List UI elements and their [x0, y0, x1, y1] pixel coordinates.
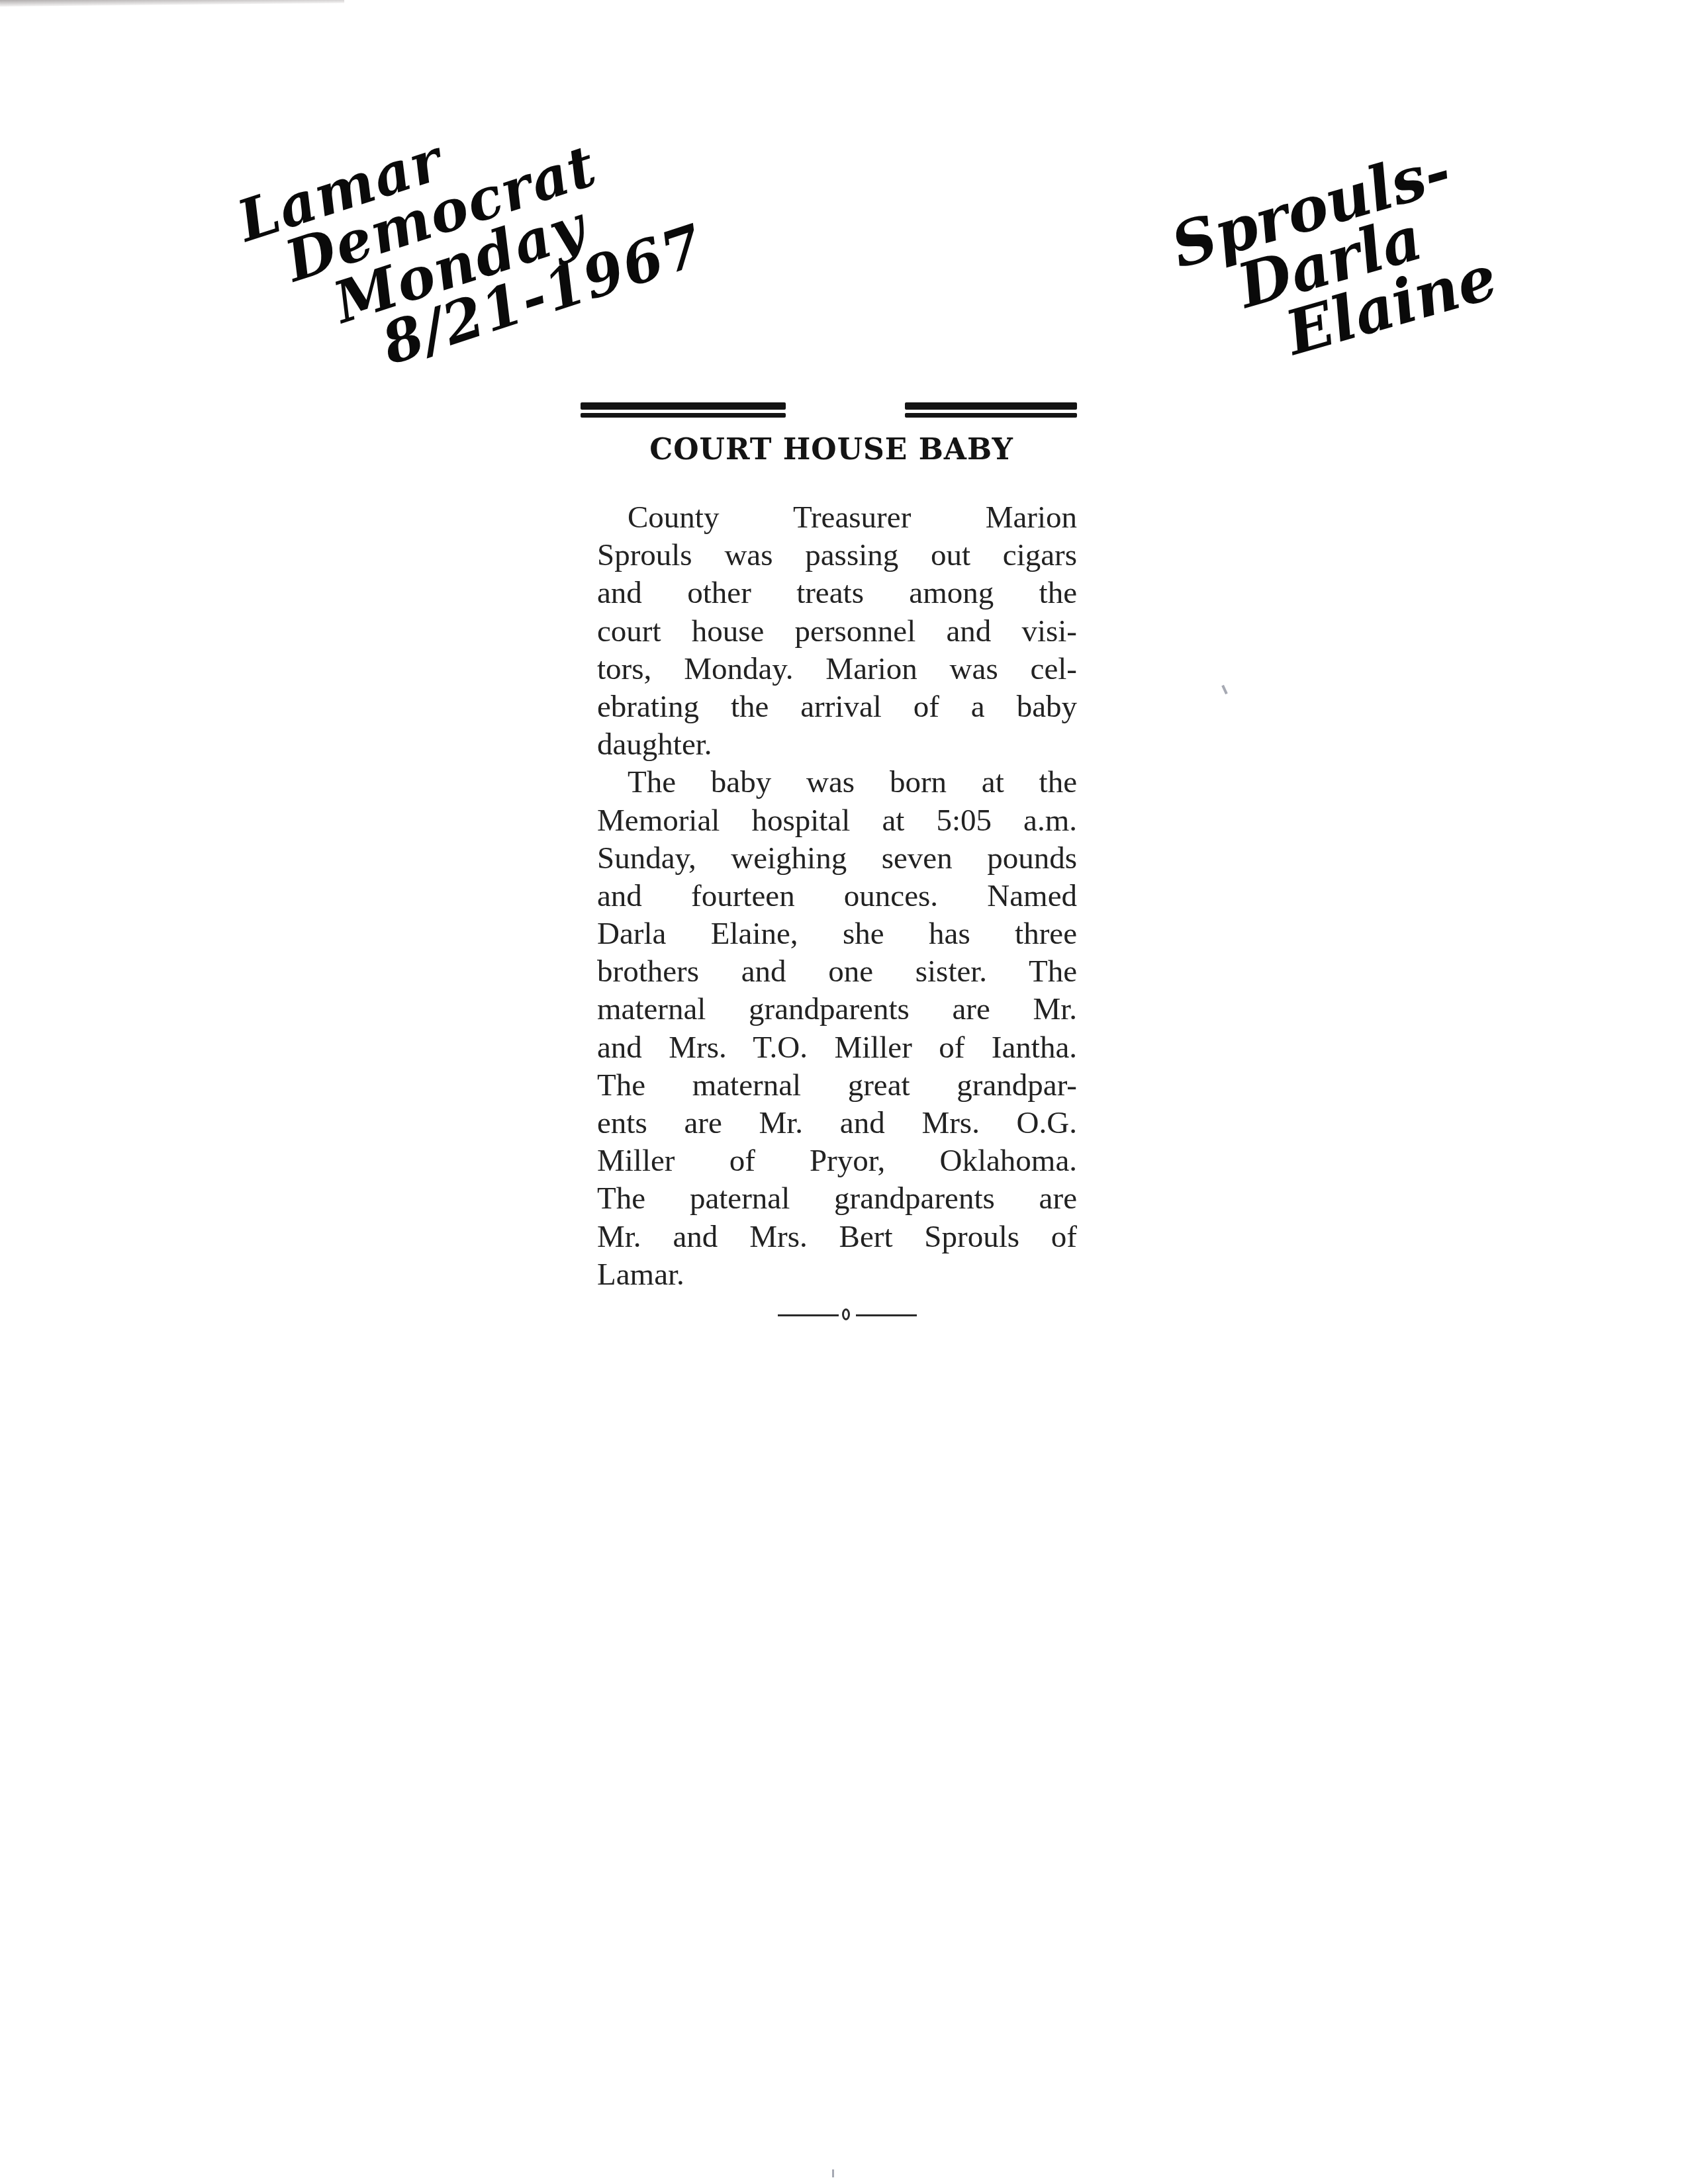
- end-of-article-divider: [778, 1307, 917, 1323]
- article-line: Darla Elaine, she has three: [597, 915, 1077, 953]
- double-rule-left: [581, 402, 786, 420]
- paragraph: County Treasurer MarionSprouls was passi…: [597, 499, 1077, 764]
- article-line: tors, Monday. Marion was cel-: [597, 651, 1077, 688]
- handwritten-name-note: Sprouls- Darla Elaine: [1165, 136, 1503, 388]
- article-line: brothers and one sister. The: [597, 953, 1077, 991]
- article-line: Sunday, weighing seven pounds: [597, 840, 1077, 878]
- article-line: Sprouls was passing out cigars: [597, 537, 1077, 574]
- article-line: The maternal great grandpar-: [597, 1067, 1077, 1105]
- scan-edge-shadow: [0, 0, 344, 7]
- article-line: Miller of Pryor, Oklahoma.: [597, 1142, 1077, 1180]
- article-line: maternal grandparents are Mr.: [597, 991, 1077, 1028]
- divider-ring-icon: [842, 1308, 850, 1320]
- article-line: Mr. and Mrs. Bert Sprouls of: [597, 1218, 1077, 1256]
- newspaper-clipping: COURT HOUSE BABY County Treasurer Marion…: [581, 397, 1077, 1323]
- divider-bar: [778, 1314, 839, 1316]
- headline-rules: [581, 397, 1077, 421]
- scan-speck: [832, 2169, 834, 2177]
- article-line: and Mrs. T.O. Miller of Iantha.: [597, 1029, 1077, 1067]
- article-line: court house personnel and visi-: [597, 613, 1077, 651]
- double-rule-right: [905, 402, 1077, 420]
- handwritten-source-note: Lamar Democrat Monday 8/21-1967: [225, 63, 710, 406]
- article-line: The paternal grandparents are: [597, 1180, 1077, 1218]
- paragraph: The baby was born at theMemorial hospita…: [597, 764, 1077, 1294]
- article-line: The baby was born at the: [597, 764, 1077, 801]
- article-line: ents are Mr. and Mrs. O.G.: [597, 1105, 1077, 1142]
- divider-bar: [856, 1314, 917, 1316]
- article-line: ebrating the arrival of a baby: [597, 688, 1077, 726]
- article-line: County Treasurer Marion: [597, 499, 1077, 537]
- article-body: County Treasurer MarionSprouls was passi…: [581, 499, 1077, 1294]
- article-line: and fourteen ounces. Named: [597, 878, 1077, 915]
- article-line: daughter.: [597, 726, 1077, 764]
- article-headline: COURT HOUSE BABY: [581, 435, 1077, 465]
- article-line: Memorial hospital at 5:05 a.m.: [597, 802, 1077, 840]
- scan-speck: [1221, 685, 1228, 694]
- article-line: and other treats among the: [597, 574, 1077, 612]
- article-line: Lamar.: [597, 1256, 1077, 1294]
